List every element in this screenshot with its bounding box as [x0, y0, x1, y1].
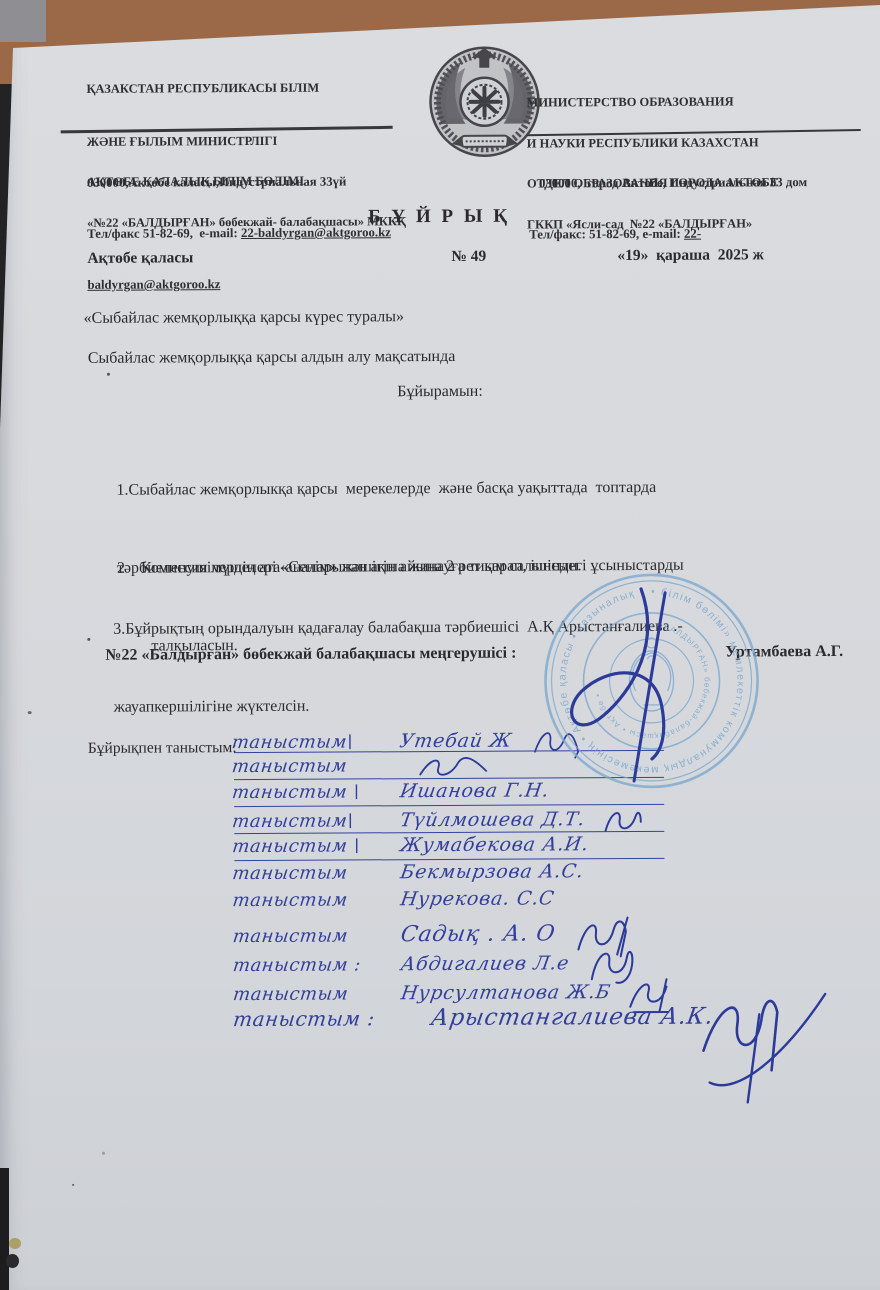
- order-preamble: Сыбайлас жемқорлыққа қарсы алдын алу мақ…: [88, 344, 456, 372]
- ink-speck: [87, 638, 90, 641]
- order-title: Б Ұ Й Р Ы Қ: [0, 204, 879, 231]
- acknowledgement-row: таныстымНурекова. С.С: [233, 886, 853, 916]
- acquainted-label: Бұйрықпен таныстым:: [88, 739, 237, 758]
- order-city: Ақтөбе қаласы: [87, 249, 193, 268]
- order-subject: «Сыбайлас жемқорлыққа қарсы күрес туралы…: [84, 304, 404, 332]
- acknowledgement-row: таныстымБекмырзова А.С.: [232, 859, 852, 889]
- manager-signature: [553, 581, 724, 794]
- background-object: [6, 1254, 19, 1268]
- acknowledgement-row: таныстым :Абдигалиев Л.е: [233, 943, 853, 976]
- ink-speck: [72, 1184, 74, 1186]
- ink-speck: [28, 711, 32, 714]
- email-link-text: baldyrgan@aktgoroo.kz: [87, 275, 391, 294]
- ink-speck: [102, 1152, 105, 1155]
- manager-label: №22 «Балдырған» бөбекжай балабақшасы мең…: [105, 645, 516, 665]
- acknowledgement-row: таныстымСадық . А. О: [233, 913, 853, 946]
- wall-corner: [0, 0, 46, 42]
- email-link-text: 22-: [684, 227, 701, 241]
- ink-speck: [107, 373, 110, 376]
- decree-word: Бұйырамын:: [0, 377, 880, 408]
- acknowledgement-row: таныстым \Жумабекова А.И.: [232, 832, 852, 862]
- acknowledgement-row: таныстым\Түйлмошева Д.Т.: [232, 805, 852, 835]
- signature-scribble: [689, 984, 830, 1111]
- order-date: «19» қараша 2025 ж: [617, 246, 764, 265]
- background-object: [9, 1238, 21, 1249]
- contact-block-kazakh: 030000,Актөбе каласы,Индустриальная 33үй…: [87, 139, 392, 328]
- document-page: ҚАЗАКСТАН РЕСПУБЛИКАСЫ БІЛІМ ЖӘНЕ ҒЫЛЫМ …: [0, 0, 880, 1290]
- kazakhstan-coat-of-arms-icon: [389, 26, 516, 147]
- wall-left-edge-bottom: [0, 1168, 9, 1290]
- order-number: № 49: [451, 248, 486, 266]
